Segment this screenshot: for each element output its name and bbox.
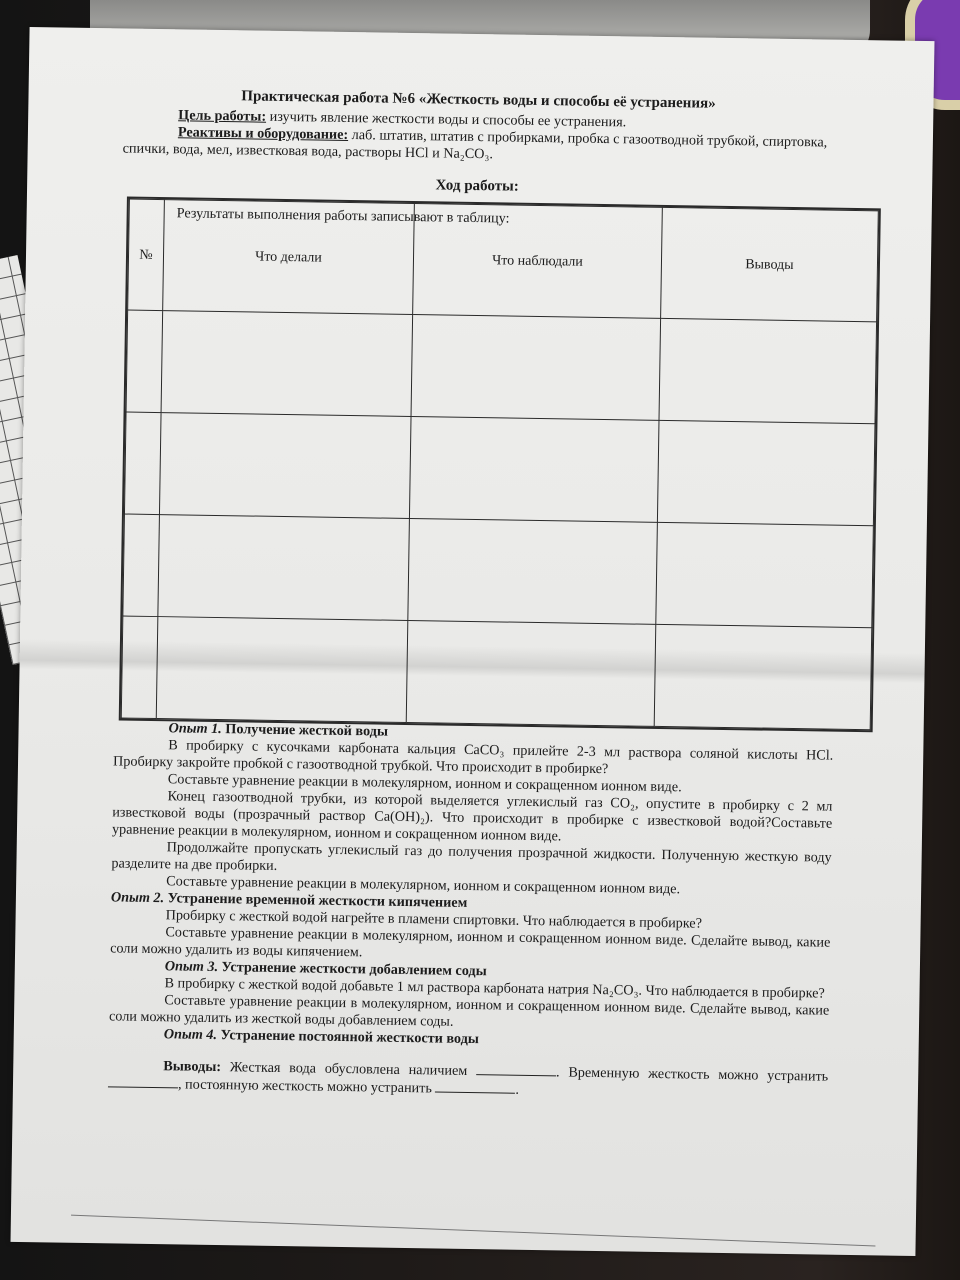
conclusions-text-2: . Временную жесткость можно устранить	[556, 1064, 828, 1084]
table-cell[interactable]	[654, 624, 872, 729]
header-what-observed: Что наблюдали	[413, 204, 663, 319]
reagents-label: Реактивы и оборудование:	[178, 124, 348, 143]
goal-label: Цель работы:	[178, 107, 266, 124]
header-conclusions: Выводы	[661, 207, 879, 321]
table-row	[126, 310, 877, 424]
table-cell[interactable]	[156, 617, 408, 723]
table-cell[interactable]	[124, 412, 161, 515]
experiment-label: Опыт 2.	[111, 889, 164, 906]
table-cell[interactable]	[161, 311, 413, 417]
conclusions-label: Выводы:	[163, 1058, 221, 1075]
table-row	[123, 514, 874, 628]
page-bottom-rule	[71, 1215, 875, 1247]
table-row	[121, 616, 872, 730]
table-cell[interactable]	[123, 514, 160, 617]
blank-field-permanent[interactable]	[435, 1079, 515, 1093]
table-cell[interactable]	[659, 318, 877, 423]
table-cell[interactable]	[126, 310, 163, 413]
conclusions-text-1: Жесткая вода обусловлена наличием	[221, 1059, 476, 1079]
conclusions-paragraph: Выводы: Жесткая вода обусловлена наличие…	[108, 1056, 828, 1103]
table-cell[interactable]	[656, 522, 874, 627]
table-cell[interactable]	[121, 616, 158, 719]
table-cell[interactable]	[158, 515, 410, 621]
blank-field-cause[interactable]	[476, 1062, 556, 1076]
conclusions-text-3: , постоянную жесткость можно устранить	[178, 1076, 436, 1096]
table-cell[interactable]	[406, 620, 656, 726]
table-row	[124, 412, 875, 526]
table-cell[interactable]	[408, 518, 658, 624]
blank-field-temporary[interactable]	[108, 1074, 178, 1088]
worksheet-paper: Практическая работа №6 «Жесткость воды и…	[11, 27, 935, 1256]
experiments-section: Опыт 1. Получение жесткой водыВ пробирку…	[108, 719, 834, 1103]
experiment-title: Получение жесткой воды	[222, 721, 388, 740]
table-cell[interactable]	[411, 315, 661, 421]
table-cell[interactable]	[657, 420, 875, 525]
procedure-heading: Ход работы:	[122, 172, 832, 200]
results-table: № Что делали Что наблюдали Выводы	[119, 197, 881, 733]
table-cell[interactable]	[409, 417, 659, 523]
experiment-label: Опыт 4.	[164, 1026, 217, 1043]
table-cell[interactable]	[159, 413, 411, 519]
table-header-row: № Что делали Что наблюдали Выводы	[128, 199, 879, 322]
conclusions-text-4: .	[515, 1082, 519, 1098]
experiment-title: Устранение постоянной жесткости воды	[217, 1027, 479, 1047]
experiment-label: Опыт 3.	[165, 958, 218, 975]
header-what-did: Что делали	[163, 200, 415, 315]
worksheet-content: Практическая работа №6 «Жесткость воды и…	[122, 86, 834, 232]
header-number: №	[128, 199, 165, 311]
experiment-label: Опыт 1.	[168, 720, 221, 737]
